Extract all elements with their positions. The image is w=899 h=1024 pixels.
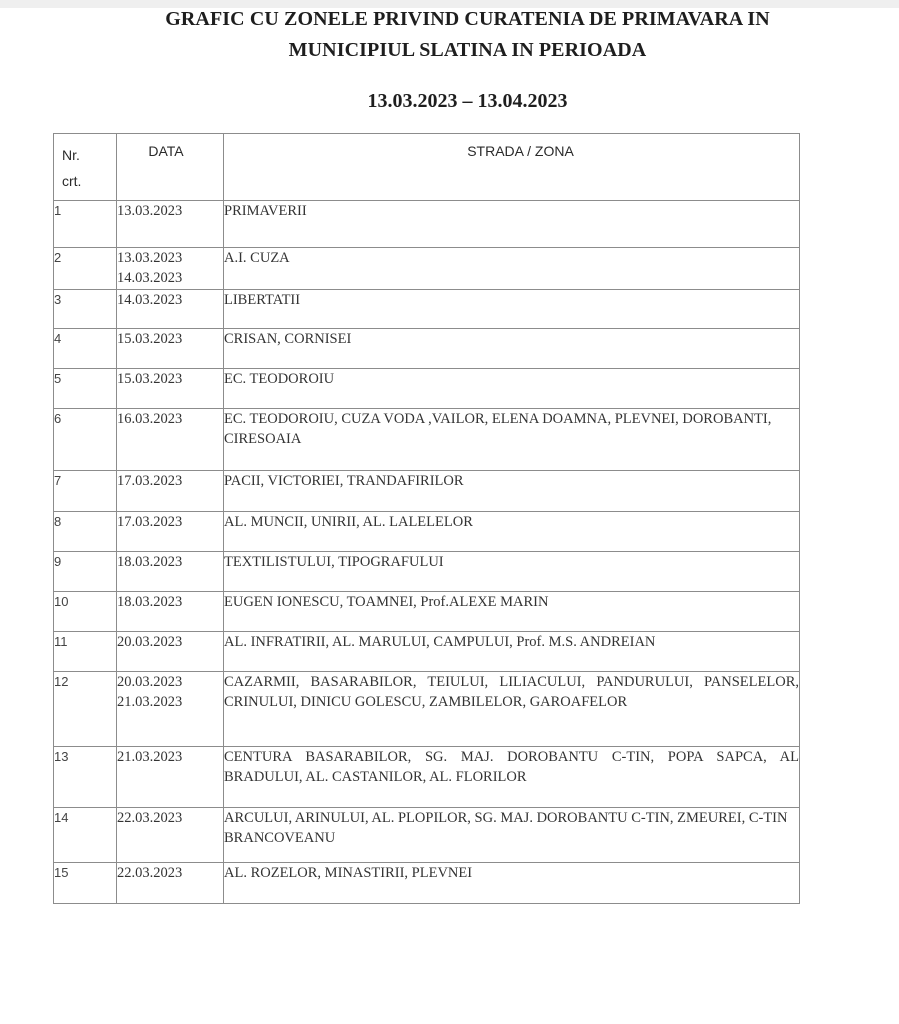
header-date-label: DATA [117,134,223,160]
cleaning-schedule-table: Nr. crt. DATA STRADA / ZONA 113.03.2023P… [53,133,800,904]
row-number: 10 [54,592,117,632]
date-value: 17.03.2023 [117,471,223,491]
row-number: 14 [54,808,117,863]
row-zone: AL. ROZELOR, MINASTIRII, PLEVNEI [224,863,800,904]
row-number: 12 [54,672,117,747]
table-row: 616.03.2023EC. TEODOROIU, CUZA VODA ,VAI… [54,409,800,471]
row-number: 9 [54,552,117,592]
table-row: 817.03.2023AL. MUNCII, UNIRII, AL. LALEL… [54,512,800,552]
table-row: 314.03.2023LIBERTATII [54,290,800,329]
row-number: 5 [54,369,117,409]
period-range: 13.03.2023 – 13.04.2023 [0,87,899,115]
date-value: 14.03.2023 [117,290,223,310]
row-date: 18.03.2023 [117,552,224,592]
row-zone: EC. TEODOROIU, CUZA VODA ,VAILOR, ELENA … [224,409,800,471]
row-number: 6 [54,409,117,471]
row-zone: A.I. CUZA [224,248,800,290]
row-date: 17.03.2023 [117,512,224,552]
row-date: 15.03.2023 [117,329,224,369]
row-date: 17.03.2023 [117,471,224,512]
header-nr: Nr. crt. [54,134,117,201]
row-date: 16.03.2023 [117,409,224,471]
date-value: 15.03.2023 [117,369,223,389]
table-row: 1018.03.2023EUGEN IONESCU, TOAMNEI, Prof… [54,592,800,632]
row-zone: EUGEN IONESCU, TOAMNEI, Prof.ALEXE MARIN [224,592,800,632]
table-row: 515.03.2023EC. TEODOROIU [54,369,800,409]
row-number: 3 [54,290,117,329]
date-value: 13.03.2023 [117,248,223,268]
date-value: 21.03.2023 [117,747,223,767]
header-nr-line2: crt. [62,168,116,194]
row-zone: LIBERTATII [224,290,800,329]
date-value: 13.03.2023 [117,201,223,221]
row-number: 1 [54,201,117,248]
date-value: 14.03.2023 [117,268,223,288]
table-row: 918.03.2023TEXTILISTULUI, TIPOGRAFULUI [54,552,800,592]
row-date: 18.03.2023 [117,592,224,632]
row-date: 22.03.2023 [117,808,224,863]
row-date: 14.03.2023 [117,290,224,329]
table-header-row: Nr. crt. DATA STRADA / ZONA [54,134,800,201]
row-zone: CRISAN, CORNISEI [224,329,800,369]
header-nr-line1: Nr. [62,142,116,168]
title-line-1: GRAFIC CU ZONELE PRIVIND CURATENIA DE PR… [0,4,899,35]
row-zone: PRIMAVERII [224,201,800,248]
date-value: 18.03.2023 [117,592,223,612]
row-number: 13 [54,747,117,808]
row-date: 15.03.2023 [117,369,224,409]
row-date: 22.03.2023 [117,863,224,904]
table-row: 1220.03.202321.03.2023CAZARMII, BASARABI… [54,672,800,747]
row-number: 4 [54,329,117,369]
row-zone: EC. TEODOROIU [224,369,800,409]
table-row: 1422.03.2023ARCULUI, ARINULUI, AL. PLOPI… [54,808,800,863]
table-row: 113.03.2023PRIMAVERII [54,201,800,248]
date-value: 16.03.2023 [117,409,223,429]
table-row: 1522.03.2023AL. ROZELOR, MINASTIRII, PLE… [54,863,800,904]
row-date: 13.03.202314.03.2023 [117,248,224,290]
table-row: 717.03.2023PACII, VICTORIEI, TRANDAFIRIL… [54,471,800,512]
row-number: 8 [54,512,117,552]
row-zone: CENTURA BASARABILOR, SG. MAJ. DOROBANTU … [224,747,800,808]
header-date: DATA [117,134,224,201]
date-value: 20.03.2023 [117,672,223,692]
title-line-2: MUNICIPIUL SLATINA IN PERIOADA [0,35,899,66]
row-zone: AL. INFRATIRII, AL. MARULUI, CAMPULUI, P… [224,632,800,672]
row-zone: AL. MUNCII, UNIRII, AL. LALELELOR [224,512,800,552]
table-row: 415.03.2023CRISAN, CORNISEI [54,329,800,369]
header-zone-label: STRADA / ZONA [224,134,799,160]
date-value: 20.03.2023 [117,632,223,652]
header-zone: STRADA / ZONA [224,134,800,201]
date-value: 21.03.2023 [117,692,223,712]
row-number: 15 [54,863,117,904]
row-date: 21.03.2023 [117,747,224,808]
row-zone: ARCULUI, ARINULUI, AL. PLOPILOR, SG. MAJ… [224,808,800,863]
row-zone: CAZARMII, BASARABILOR, TEIULUI, LILIACUL… [224,672,800,747]
row-number: 2 [54,248,117,290]
date-value: 22.03.2023 [117,808,223,828]
row-date: 20.03.202321.03.2023 [117,672,224,747]
date-value: 18.03.2023 [117,552,223,572]
row-number: 7 [54,471,117,512]
row-zone: PACII, VICTORIEI, TRANDAFIRILOR [224,471,800,512]
row-zone: TEXTILISTULUI, TIPOGRAFULUI [224,552,800,592]
date-value: 15.03.2023 [117,329,223,349]
date-value: 17.03.2023 [117,512,223,532]
table-body: 113.03.2023PRIMAVERII213.03.202314.03.20… [54,201,800,904]
table-row: 1120.03.2023AL. INFRATIRII, AL. MARULUI,… [54,632,800,672]
row-date: 13.03.2023 [117,201,224,248]
table-row: 1321.03.2023CENTURA BASARABILOR, SG. MAJ… [54,747,800,808]
document-title: GRAFIC CU ZONELE PRIVIND CURATENIA DE PR… [0,4,899,66]
row-number: 11 [54,632,117,672]
table-row: 213.03.202314.03.2023A.I. CUZA [54,248,800,290]
date-value: 22.03.2023 [117,863,223,883]
row-date: 20.03.2023 [117,632,224,672]
